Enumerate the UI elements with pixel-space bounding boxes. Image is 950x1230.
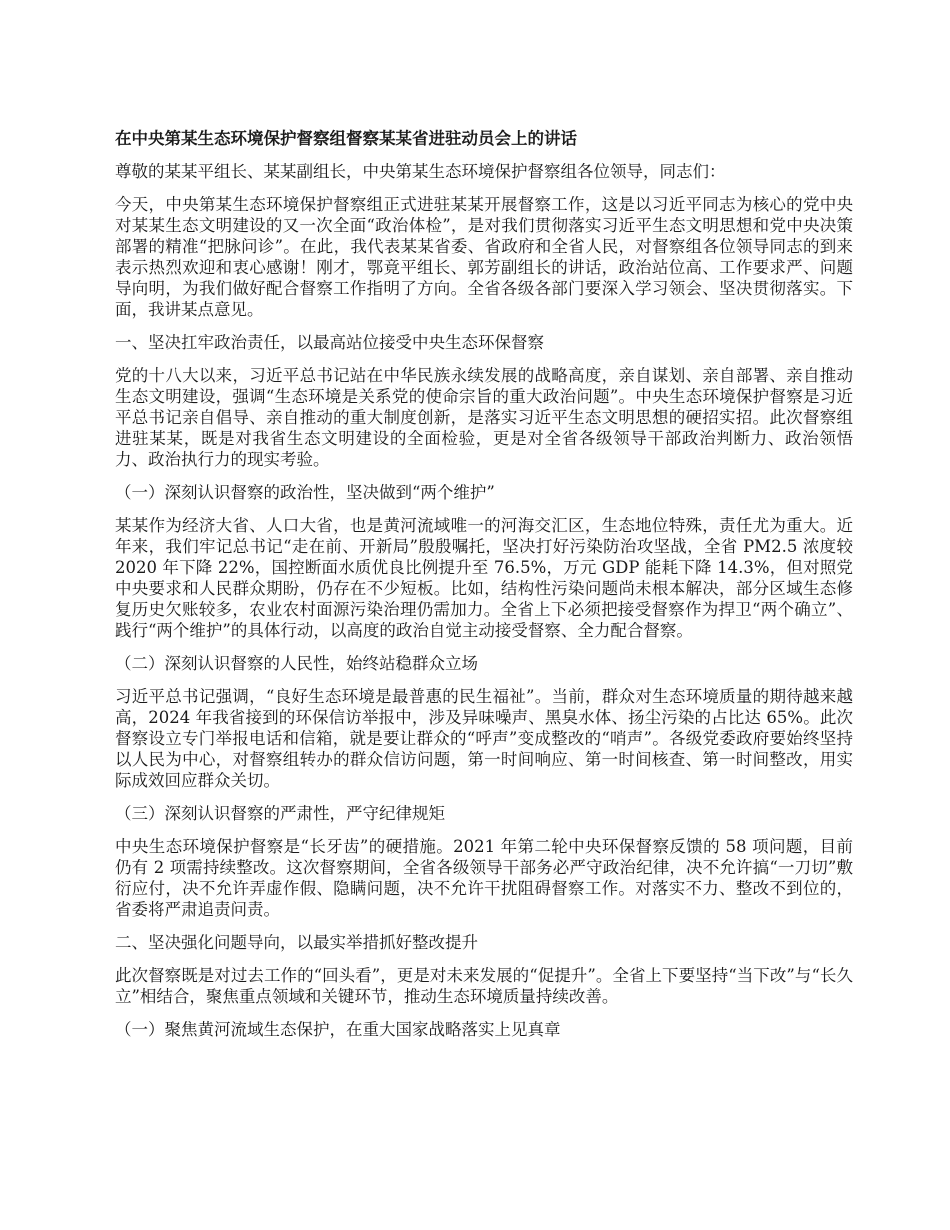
section-heading-2: 二、坚决强化问题导向，以最实举措抓好整改提升 (115, 932, 853, 953)
subsection-heading-1-1: （一）深刻认识督察的政治性，坚决做到“两个维护” (115, 482, 853, 503)
subsection-heading-1-3: （三）深刻认识督察的严肃性，严守纪律规矩 (115, 803, 853, 824)
salutation: 尊敬的某某平组长、某某副组长，中央第某生态环境保护督察组各位领导，同志们： (115, 161, 853, 182)
subsection-heading-2-1: （一）聚焦黄河流域生态保护，在重大国家战略落实上见真章 (115, 1019, 853, 1040)
paragraph-intro: 今天，中央第某生态环境保护督察组正式进驻某某开展督察工作，这是以习近平同志为核心… (115, 194, 853, 320)
document-page: 在中央第某生态环境保护督察组督察某某省进驻动员会上的讲话 尊敬的某某平组长、某某… (115, 128, 853, 1052)
paragraph-body: 习近平总书记强调，“良好生态环境是最普惠的民生福祉”。当前，群众对生态环境质量的… (115, 686, 853, 791)
subsection-heading-1-2: （二）深刻认识督察的人民性，始终站稳群众立场 (115, 653, 853, 674)
paragraph-body: 某某作为经济大省、人口大省，也是黄河流域唯一的河海交汇区，生态地位特殊，责任尤为… (115, 515, 853, 641)
paragraph-body: 中央生态环境保护督察是“长牙齿”的硬措施。2021 年第二轮中央环保督察反馈的 … (115, 836, 853, 920)
paragraph-body: 此次督察既是对过去工作的“回头看”，更是对未来发展的“促提升”。全省上下要坚持“… (115, 965, 853, 1007)
section-heading-1: 一、坚决扛牢政治责任，以最高站位接受中央生态环保督察 (115, 332, 853, 353)
paragraph-body: 党的十八大以来，习近平总书记站在中华民族永续发展的战略高度，亲自谋划、亲自部署、… (115, 365, 853, 470)
document-title: 在中央第某生态环境保护督察组督察某某省进驻动员会上的讲话 (115, 128, 853, 149)
